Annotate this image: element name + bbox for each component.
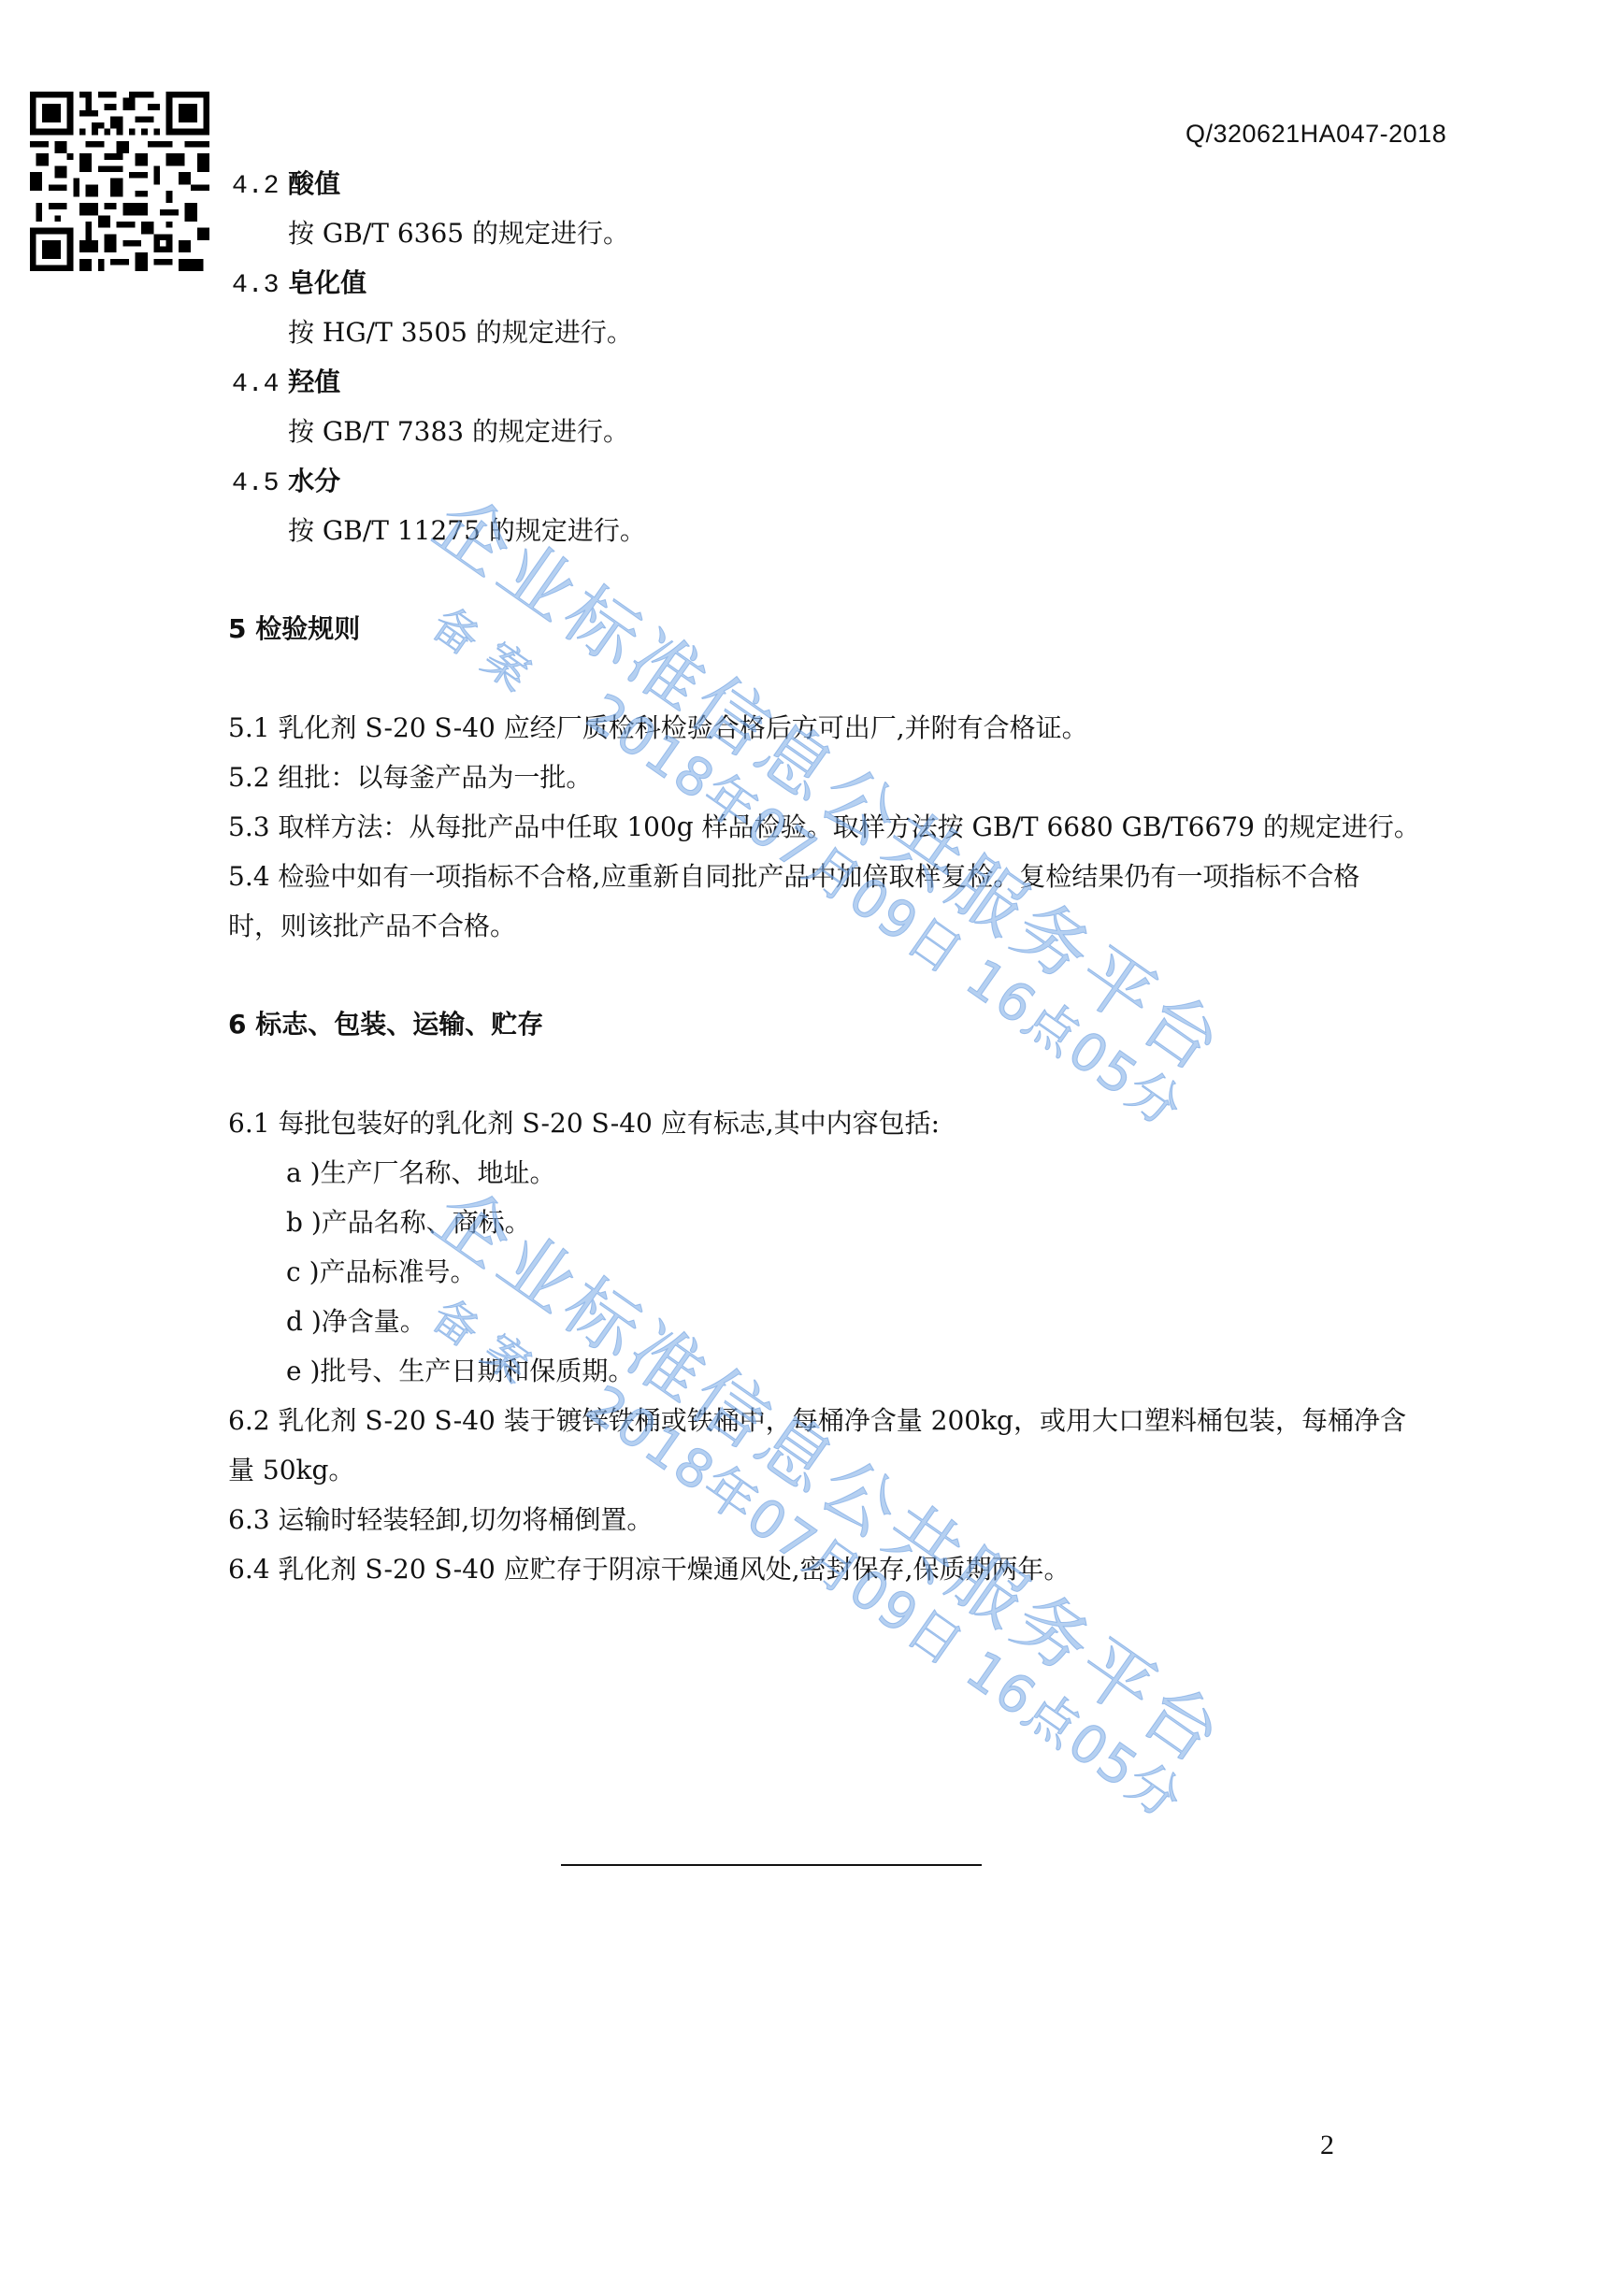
section-5-2: 5.2 组批：以每釜产品为一批。 xyxy=(228,762,592,794)
section-4-3-heading: 4.3 皂化值 xyxy=(232,267,366,302)
section-6-1-d: d )净含量。 xyxy=(286,1306,426,1338)
section-4-4-heading: 4.4 羟值 xyxy=(232,366,340,401)
section-6-2-cont: 量 50kg。 xyxy=(228,1455,354,1486)
watermark-title: 企业标准信息公共服务平台 xyxy=(417,1159,1249,1786)
section-5-3: 5.3 取样方法：从每批产品中任取 100g 样品检验。取样方法按 GB/T 6… xyxy=(228,811,1420,843)
section-6-1-b: b )产品名称、商标。 xyxy=(286,1207,531,1239)
qr-code-icon xyxy=(30,92,209,271)
section-6-1-c: c )产品标准号。 xyxy=(286,1256,477,1288)
page-number: 2 xyxy=(1320,2130,1334,2161)
section-6-4: 6.4 乳化剂 S-20 S-40 应贮存于阴凉干燥通风处,密封保存,保质期两年… xyxy=(228,1554,1071,1586)
section-6-1-e: e )批号、生产日期和保质期。 xyxy=(286,1356,634,1387)
watermark-label: 备案 xyxy=(421,589,559,712)
section-6-heading: 6 标志、包装、运输、贮存 xyxy=(228,1009,543,1040)
section-6-1-a: a )生产厂名称、地址。 xyxy=(286,1157,556,1189)
section-5-4-cont: 时，则该批产品不合格。 xyxy=(228,911,516,942)
section-5-heading: 5 检验规则 xyxy=(228,613,360,645)
document-code: Q/320621HA047-2018 xyxy=(1186,120,1446,149)
section-4-2-heading: 4.2 酸值 xyxy=(232,168,340,203)
section-6-2: 6.2 乳化剂 S-20 S-40 装于镀锌铁桶或铁桶中，每桶净含量 200kg… xyxy=(228,1405,1406,1437)
section-5-4: 5.4 检验中如有一项指标不合格,应重新自同批产品中加倍取样复检。复检结果仍有一… xyxy=(228,861,1359,893)
section-6-1: 6.1 每批包装好的乳化剂 S-20 S-40 应有标志,其中内容包括: xyxy=(228,1108,940,1140)
section-4-5-heading: 4.5 水分 xyxy=(232,466,340,500)
section-4-2-body: 按 GB/T 6365 的规定进行。 xyxy=(288,218,629,250)
end-of-document-rule xyxy=(561,1864,982,1866)
section-4-5-body: 按 GB/T 11275 的规定进行。 xyxy=(288,515,646,547)
section-6-3: 6.3 运输时轻装轻卸,切勿将桶倒置。 xyxy=(228,1504,653,1536)
section-4-4-body: 按 GB/T 7383 的规定进行。 xyxy=(288,416,629,448)
section-4-3-body: 按 HG/T 3505 的规定进行。 xyxy=(288,317,633,349)
section-5-1: 5.1 乳化剂 S-20 S-40 应经厂质检科检验合格后方可出厂,并附有合格证… xyxy=(228,712,1088,744)
